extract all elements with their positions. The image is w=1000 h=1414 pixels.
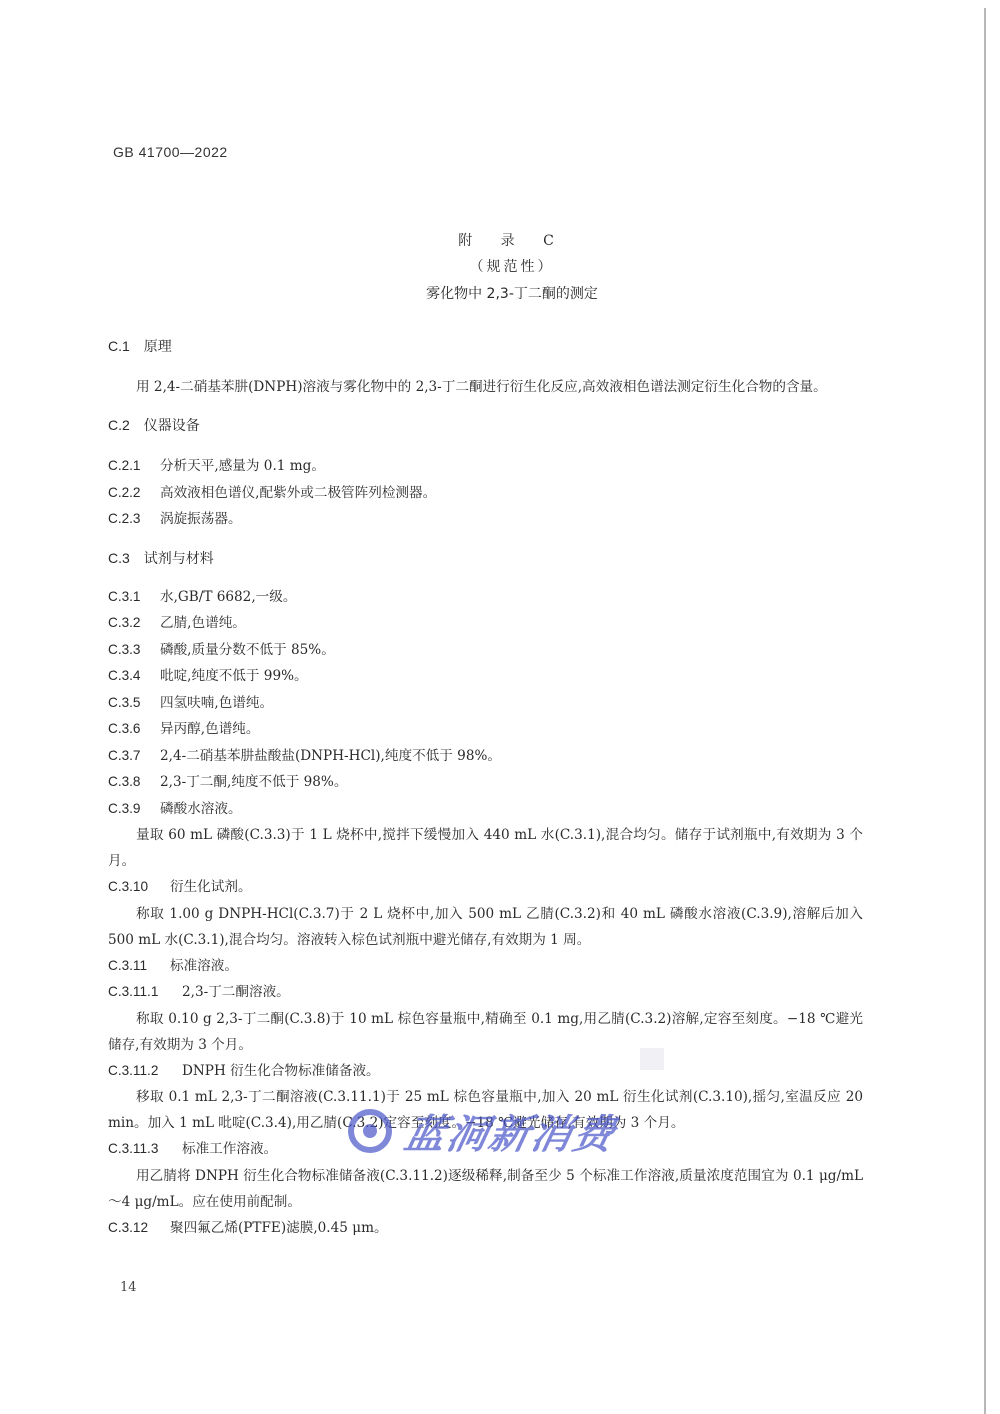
section-heading-c2: C.2仪器设备 [108, 414, 863, 437]
list-item: C.2.2高效液相色谱仪,配紫外或二极管阵列检测器。 [108, 480, 863, 507]
standard-code: GB 41700—2022 [113, 144, 228, 160]
list-item: C.3.5四氢呋喃,色谱纯。 [108, 690, 863, 717]
list-item: C.3.12聚四氟乙烯(PTFE)滤膜,0.45 μm。 [108, 1215, 863, 1242]
list-item: C.3.11标准溶液。 [108, 953, 863, 980]
list-item: C.3.82,3-丁二酮,纯度不低于 98%。 [108, 769, 863, 796]
section-heading-c1: C.1原理 [108, 335, 863, 358]
list-item: C.3.1水,GB/T 6682,一级。 [108, 584, 863, 611]
paragraph-c39: 量取 60 mL 磷酸(C.3.3)于 1 L 烧杯中,搅拌下缓慢加入 440 … [108, 822, 863, 874]
paragraph-c3112: 移取 0.1 mL 2,3-丁二酮溶液(C.3.11.1)于 25 mL 棕色容… [108, 1084, 863, 1136]
equipment-list: C.2.1分析天平,感量为 0.1 mg。 C.2.2高效液相色谱仪,配紫外或二… [108, 453, 863, 533]
section-number: C.1 [108, 338, 130, 354]
section-title: 原理 [144, 339, 172, 355]
annex-title: 附 录 C [24, 228, 1000, 254]
paragraph-c3113: 用乙腈将 DNPH 衍生化合物标准储备液(C.3.11.2)逐级稀释,制备至少 … [108, 1163, 863, 1215]
section-title: 试剂与材料 [144, 551, 214, 567]
list-item: C.3.11.12,3-丁二酮溶液。 [108, 979, 863, 1006]
list-item: C.3.10衍生化试剂。 [108, 874, 863, 901]
page-number: 14 [120, 1280, 137, 1295]
page-edge-line [984, 8, 986, 1414]
list-item: C.2.3涡旋振荡器。 [108, 506, 863, 533]
annex-heading: 附 录 C （规范性） 雾化物中 2,3-丁二酮的测定 [0, 228, 1000, 307]
reagents-list: C.3.1水,GB/T 6682,一级。 C.3.2乙腈,色谱纯。 C.3.3磷… [108, 584, 863, 1242]
list-item: C.3.2乙腈,色谱纯。 [108, 610, 863, 637]
section-number: C.3 [108, 550, 130, 566]
section-title: 仪器设备 [144, 418, 200, 434]
list-item: C.3.3磷酸,质量分数不低于 85%。 [108, 637, 863, 664]
list-item: C.3.6异丙醇,色谱纯。 [108, 716, 863, 743]
list-item: C.3.9磷酸水溶液。 [108, 796, 863, 823]
list-item: C.2.1分析天平,感量为 0.1 mg。 [108, 453, 863, 480]
paragraph-principle: 用 2,4-二硝基苯肼(DNPH)溶液与雾化物中的 2,3-丁二酮进行衍生化反应… [108, 374, 863, 400]
list-item: C.3.11.3标准工作溶液。 [108, 1136, 863, 1163]
list-item: C.3.11.2DNPH 衍生化合物标准储备液。 [108, 1058, 863, 1085]
paragraph-c310: 称取 1.00 g DNPH-HCl(C.3.7)于 2 L 烧杯中,加入 50… [108, 901, 863, 953]
scan-smudge [640, 1048, 664, 1070]
annex-name: 雾化物中 2,3-丁二酮的测定 [24, 281, 1000, 307]
annex-type: （规范性） [24, 254, 1000, 281]
paragraph-c3111: 称取 0.10 g 2,3-丁二酮(C.3.8)于 10 mL 棕色容量瓶中,精… [108, 1006, 863, 1058]
section-number: C.2 [108, 417, 130, 433]
document-body: C.1原理 用 2,4-二硝基苯肼(DNPH)溶液与雾化物中的 2,3-丁二酮进… [108, 335, 863, 1241]
section-heading-c3: C.3试剂与材料 [108, 547, 863, 570]
list-item: C.3.72,4-二硝基苯肼盐酸盐(DNPH-HCl),纯度不低于 98%。 [108, 743, 863, 770]
list-item: C.3.4吡啶,纯度不低于 99%。 [108, 663, 863, 690]
